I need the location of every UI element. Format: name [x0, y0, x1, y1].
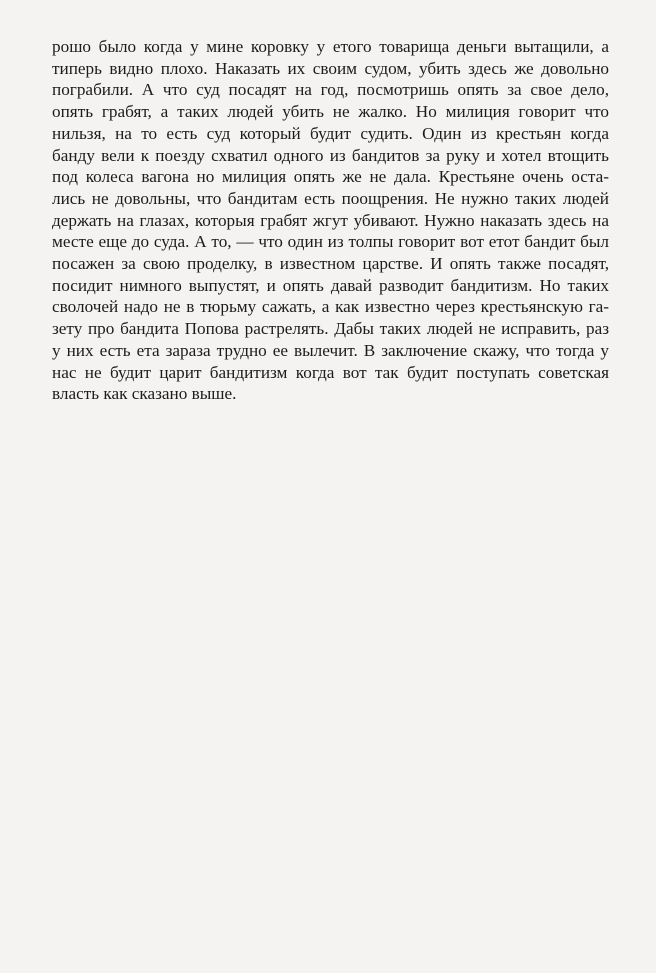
text-line: опять грабят, а таких людей убить не жал…	[52, 101, 609, 122]
text-line: банду вели к поезду схватил одного из ба…	[52, 145, 609, 166]
text-line: зету про бандита Попова растрелять. Дабы…	[52, 318, 609, 339]
document-page: рошо было когда у мине коровку у етого т…	[0, 0, 656, 973]
text-line: под колеса вагона но милиция опять же не…	[52, 166, 609, 187]
text-line: власть как сказано выше.	[52, 383, 609, 404]
text-line: сволочей надо не в тюрьму сажать, а как …	[52, 296, 609, 317]
text-line: месте еще до суда. А то, — что один из т…	[52, 231, 609, 252]
text-line: у них есть ета зараза трудно ее вылечит.…	[52, 340, 609, 361]
text-line: держать на глазах, которыя грабят жгут у…	[52, 210, 609, 231]
text-line: рошо было когда у мине коровку у етого т…	[52, 36, 609, 57]
text-line: посидит нимного выпустят, и опять давай …	[52, 275, 609, 296]
text-line: посажен за свою проделку, в известном ца…	[52, 253, 609, 274]
text-line: нас не будит царит бандитизм когда вот т…	[52, 362, 609, 383]
text-line: нильзя, на то есть суд который будит суд…	[52, 123, 609, 144]
text-line: пограбили. А что суд посадят на год, пос…	[52, 79, 609, 100]
text-line: лись не довольны, что бандитам есть поощ…	[52, 188, 609, 209]
text-line: типерь видно плохо. Наказать их своим су…	[52, 58, 609, 79]
